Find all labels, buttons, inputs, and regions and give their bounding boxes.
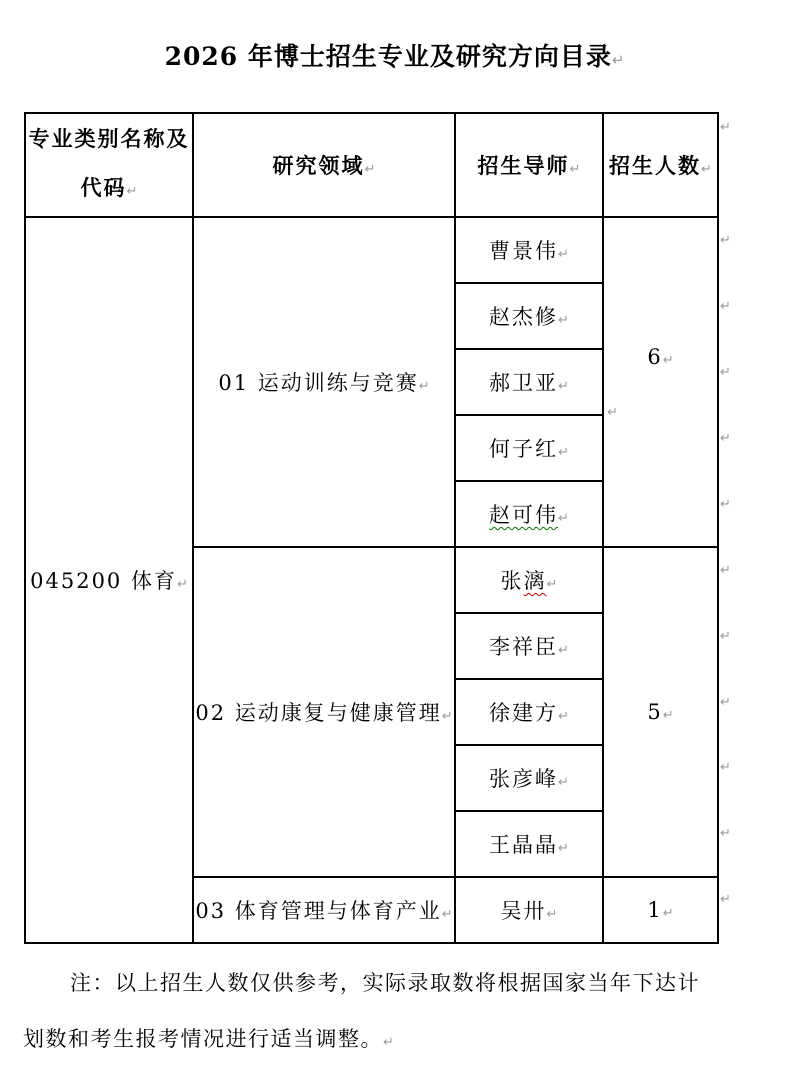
field-cell-01: 01 运动训练与竞赛↵ <box>193 217 455 547</box>
supervisor-name: 李祥臣 <box>489 635 558 659</box>
supervisor-cell: 张漓↵ <box>455 547 603 613</box>
supervisor-name: 吴卅 <box>501 899 547 923</box>
page-title: 2026 年博士招生专业及研究方向目录↵ <box>0 40 789 77</box>
admissions-table: 专业类别名称及 代码↵ 研究领域↵ 招生导师↵ 招生人数↵ 045200 体育↵… <box>24 112 719 944</box>
field-cell-03: 03 体育管理与体育产业↵ <box>193 877 455 943</box>
row-end-mark-icon: ↵ <box>720 892 731 907</box>
paragraph-mark-icon: ↵ <box>547 577 558 592</box>
header-quota-text: 招生人数 <box>609 153 701 178</box>
field-cell-02: 02 运动康复与健康管理↵ <box>193 547 455 877</box>
header-supervisor: 招生导师↵ <box>455 113 603 217</box>
paragraph-mark-icon: ↵ <box>612 51 625 69</box>
row-end-marks: ↵ ↵ ↵ ↵ ↵ ↵ ↵ ↵ ↵ ↵ ↵ ↵ <box>720 0 740 1070</box>
paragraph-mark-icon: ↵ <box>558 313 569 328</box>
quota-01-content: 6↵ ↵ <box>604 344 717 420</box>
supervisor-name: 张彦峰 <box>489 767 558 791</box>
header-quota: 招生人数↵ <box>603 113 718 217</box>
header-category-line1: 专业类别名称及 <box>26 114 192 163</box>
paragraph-mark-icon: ↵ <box>558 709 569 724</box>
row-end-mark-icon: ↵ <box>720 760 731 775</box>
supervisor-cell: 郝卫亚↵ <box>455 349 603 415</box>
row-end-mark-icon: ↵ <box>720 233 731 248</box>
header-research-field: 研究领域↵ <box>193 113 455 217</box>
paragraph-mark-icon: ↵ <box>558 247 569 262</box>
paragraph-mark-icon: ↵ <box>701 162 712 177</box>
paragraph-mark-icon: ↵ <box>663 353 674 368</box>
row-end-mark-icon: ↵ <box>720 695 731 710</box>
quota-cell-02: 5↵ <box>603 547 718 877</box>
footnote: 注：以上招生人数仅供参考，实际录取数将根据国家当年下达计 划数和考生报考情况进行… <box>23 968 763 1058</box>
quota-cell-01: 6↵ ↵ <box>603 217 718 547</box>
supervisor-name-spellchecked: 漓 <box>524 569 547 593</box>
paragraph-mark-icon: ↵ <box>558 445 569 460</box>
header-category-line2-text: 代码 <box>81 175 127 200</box>
supervisor-name: 王晶晶 <box>489 833 558 857</box>
quota-02-value: 5 <box>647 700 662 724</box>
supervisor-name: 赵杰修 <box>489 305 558 329</box>
quota-01-line: 6↵ <box>647 344 673 374</box>
row-end-mark-icon: ↵ <box>720 365 731 380</box>
header-research-field-text: 研究领域 <box>273 153 365 178</box>
supervisor-cell: 赵杰修↵ <box>455 283 603 349</box>
row-end-mark-icon: ↵ <box>720 497 731 512</box>
supervisor-name-spellchecked: 赵可伟 <box>489 503 558 527</box>
supervisor-cell: 徐建方↵ <box>455 679 603 745</box>
table-row: 045200 体育↵ 01 运动训练与竞赛↵ 曹景伟↵ 6↵ ↵ <box>25 217 718 283</box>
supervisor-cell: 吴卅↵ <box>455 877 603 943</box>
paragraph-mark-icon: ↵ <box>558 643 569 658</box>
paragraph-mark-icon: ↵ <box>558 379 569 394</box>
footnote-line2-text: 划数和考生报考情况进行适当调整。 <box>23 1027 383 1051</box>
paragraph-mark-icon: ↵ <box>663 906 674 921</box>
page-title-text: 2026 年博士招生专业及研究方向目录 <box>165 42 612 71</box>
row-end-mark-icon: ↵ <box>720 120 731 135</box>
empty-paragraph-line: ↵ <box>604 402 618 420</box>
supervisor-name: 曹景伟 <box>489 239 558 263</box>
paragraph-mark-icon: ↵ <box>419 379 430 394</box>
paragraph-mark-icon: ↵ <box>442 709 453 724</box>
table-header-row: 专业类别名称及 代码↵ 研究领域↵ 招生导师↵ 招生人数↵ <box>25 113 718 217</box>
category-cell: 045200 体育↵ <box>25 217 193 943</box>
paragraph-mark-icon: ↵ <box>383 1035 394 1050</box>
supervisor-name: 徐建方 <box>489 701 558 725</box>
field-02-text: 02 运动康复与健康管理 <box>195 701 441 725</box>
category-text: 045200 体育 <box>30 569 177 593</box>
header-category: 专业类别名称及 代码↵ <box>25 113 193 217</box>
quota-cell-03: 1↵ <box>603 877 718 943</box>
row-end-mark-icon: ↵ <box>720 563 731 578</box>
paragraph-mark-icon: ↵ <box>177 577 188 592</box>
paragraph-mark-icon: ↵ <box>570 162 581 177</box>
footnote-line2: 划数和考生报考情况进行适当调整。↵ <box>23 1024 763 1058</box>
supervisor-cell: 张彦峰↵ <box>455 745 603 811</box>
header-category-line2: 代码↵ <box>26 163 192 216</box>
field-01-text: 01 运动训练与竞赛 <box>218 371 418 395</box>
supervisor-cell: 曹景伟↵ <box>455 217 603 283</box>
paragraph-mark-icon: ↵ <box>558 511 569 526</box>
document-page: 2026 年博士招生专业及研究方向目录↵ 专业类别名称及 代码↵ 研究领域↵ 招… <box>0 0 789 1070</box>
supervisor-name: 郝卫亚 <box>489 371 558 395</box>
paragraph-mark-icon: ↵ <box>663 708 674 723</box>
paragraph-mark-icon: ↵ <box>365 162 376 177</box>
row-end-mark-icon: ↵ <box>720 299 731 314</box>
row-end-mark-icon: ↵ <box>720 431 731 446</box>
supervisor-name: 何子红 <box>489 437 558 461</box>
row-end-mark-icon: ↵ <box>720 826 731 841</box>
paragraph-mark-icon: ↵ <box>547 907 558 922</box>
header-supervisor-text: 招生导师 <box>478 153 570 178</box>
supervisor-cell: 李祥臣↵ <box>455 613 603 679</box>
row-end-mark-icon: ↵ <box>720 629 731 644</box>
footnote-line1: 注：以上招生人数仅供参考，实际录取数将根据国家当年下达计 <box>23 968 763 998</box>
paragraph-mark-icon: ↵ <box>127 184 138 199</box>
quota-01-value: 6 <box>647 345 662 369</box>
paragraph-mark-icon: ↵ <box>442 907 453 922</box>
quota-03-value: 1 <box>647 898 662 922</box>
supervisor-cell: 王晶晶↵ <box>455 811 603 877</box>
paragraph-mark-icon: ↵ <box>607 405 618 420</box>
supervisor-cell: 赵可伟↵ <box>455 481 603 547</box>
supervisor-name: 张 <box>501 569 524 593</box>
paragraph-mark-icon: ↵ <box>558 775 569 790</box>
supervisor-cell: 何子红↵ <box>455 415 603 481</box>
paragraph-mark-icon: ↵ <box>558 841 569 856</box>
field-03-text: 03 体育管理与体育产业 <box>195 899 441 923</box>
